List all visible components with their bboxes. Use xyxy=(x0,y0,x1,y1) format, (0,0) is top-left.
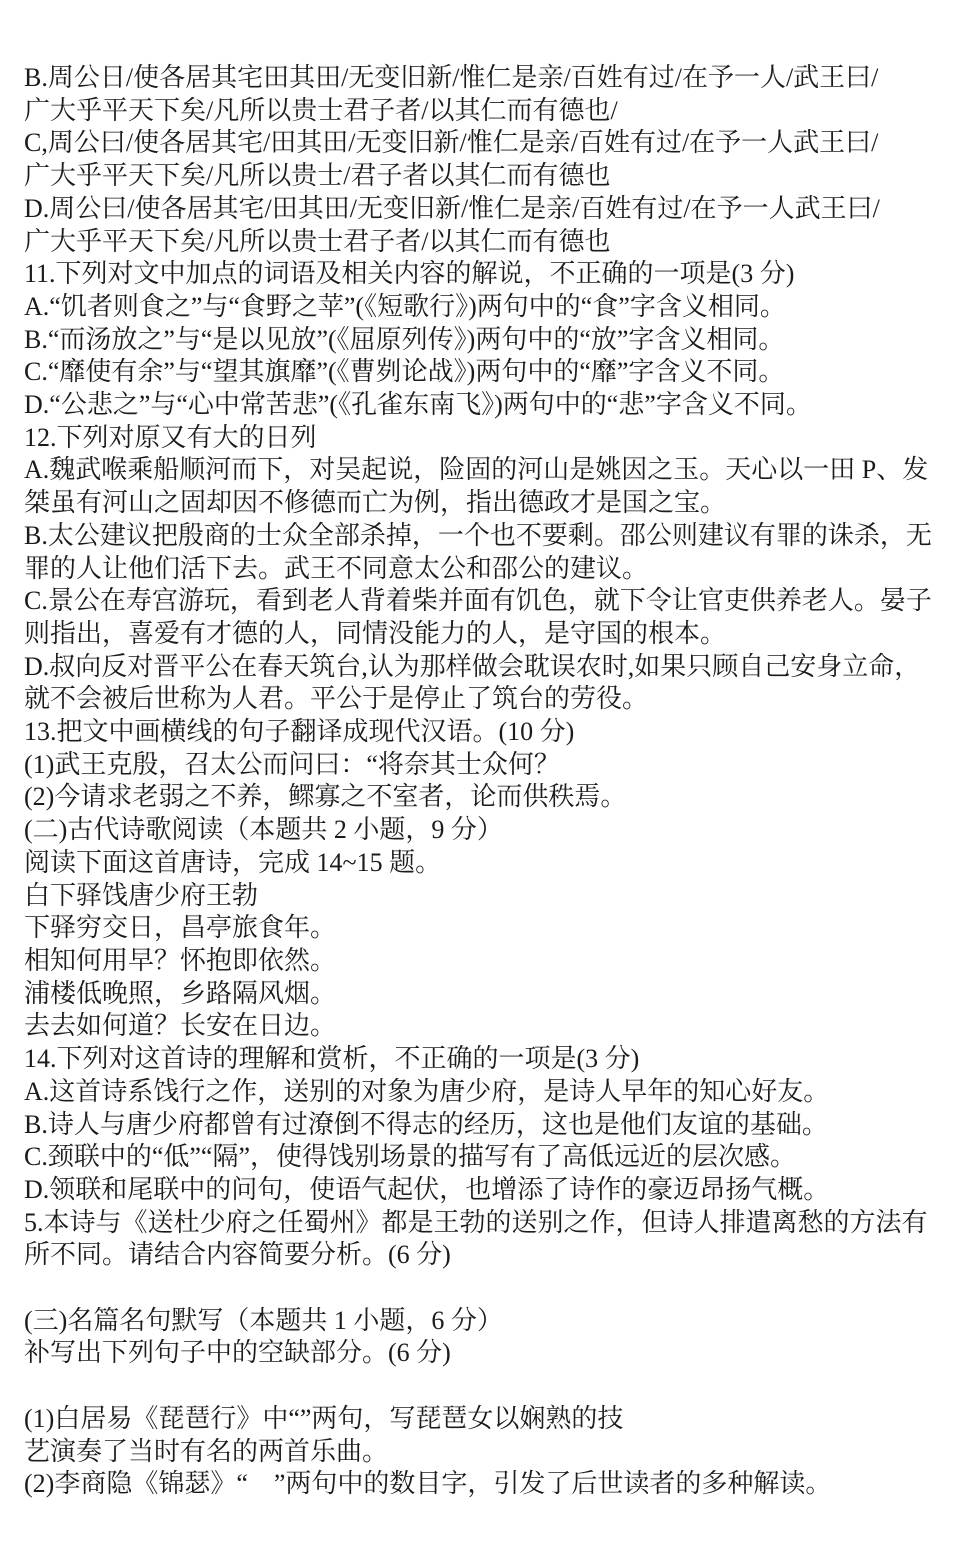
text-line: D.叔向反对晋平公在春天筑台,认为那样做会耽误农时,如果只顾自己安身立命， xyxy=(24,651,942,684)
text-line: D.周公曰/使各居其宅/田其田/无变旧新/惟仁是亲/百姓有过/在予一人武王曰/ xyxy=(24,193,942,226)
text-line: 白下驿饯唐少府王勃 xyxy=(24,880,942,913)
text-line: 艺演奏了当时有名的两首乐曲。 xyxy=(24,1436,942,1469)
text-line: B.“而汤放之”与“是以见放”(《屈原列传》)两句中的“放”字含义相同。 xyxy=(24,324,942,357)
text-line: 5.本诗与《送杜少府之任蜀州》都是王勃的送别之作，但诗人排遣离愁的方法有 xyxy=(24,1207,942,1240)
text-line: C.景公在寿宫游玩，看到老人背着柴并面有饥色，就下令让官吏供养老人。晏子 xyxy=(24,585,942,618)
blank-line xyxy=(24,1272,942,1305)
text-line: 阅读下面这首唐诗，完成 14~15 题。 xyxy=(24,847,942,880)
text-line: B.太公建议把殷商的士众全部杀掉，一个也不要剩。邵公则建议有罪的诛杀，无 xyxy=(24,520,942,553)
blank-line xyxy=(24,1370,942,1403)
text-line: 14.下列对这首诗的理解和赏析，不正确的一项是(3 分) xyxy=(24,1043,942,1076)
text-line: (1)白居易《琵琶行》中“”两句，写琵琶女以娴熟的技 xyxy=(24,1403,942,1436)
text-line: 11.下列对文中加点的词语及相关内容的解说，不正确的一项是(3 分) xyxy=(24,258,942,291)
text-line: 下驿穷交日，昌亭旅食年。 xyxy=(24,912,942,945)
text-line: 广大乎平天下矣/凡所以贵士君子者/以其仁而有德也 xyxy=(24,226,942,259)
text-line: B.诗人与唐少府都曾有过潦倒不得志的经历，这也是他们友谊的基础。 xyxy=(24,1109,942,1142)
text-line: 广大乎平天下矣/凡所以贵士/君子者以其仁而有德也 xyxy=(24,160,942,193)
text-line: 相知何用早？怀抱即依然。 xyxy=(24,945,942,978)
text-line: 广大乎平天下矣/凡所以贵士君子者/以其仁而有德也/ xyxy=(24,95,942,128)
text-line: 13.把文中画横线的句子翻译成现代汉语。(10 分) xyxy=(24,716,942,749)
text-line: 12.下列对原又有大的日列 xyxy=(24,422,942,455)
text-line: D.领联和尾联中的问句，使语气起伏，也增添了诗作的豪迈昂扬气概。 xyxy=(24,1174,942,1207)
text-line: 罪的人让他们活下去。武王不同意太公和邵公的建议。 xyxy=(24,553,942,586)
text-line: 桀虽有河山之固却因不修德而亡为例，指出德政才是国之宝。 xyxy=(24,487,942,520)
text-line: 补写出下列句子中的空缺部分。(6 分) xyxy=(24,1337,942,1370)
text-line: C.颈联中的“低”“隔”，使得饯别场景的描写有了高低远近的层次感。 xyxy=(24,1141,942,1174)
text-line: A.“饥者则食之”与“食野之苹”(《短歌行》)两句中的“食”字含义相同。 xyxy=(24,291,942,324)
text-line: (三)名篇名句默写（本题共 1 小题，6 分） xyxy=(24,1305,942,1338)
text-line: C.“靡使有余”与“望其旗靡”(《曹刿论战》)两句中的“靡”字含义不同。 xyxy=(24,356,942,389)
text-line: A.魏武喉乘船顺河而下，对吴起说，险固的河山是姚因之玉。天心以一田 P、发 xyxy=(24,454,942,487)
text-line: (1)武王克殷，召太公而问曰：“将奈其士众何？ xyxy=(24,749,942,782)
text-line: A.这首诗系饯行之作，送别的对象为唐少府，是诗人早年的知心好友。 xyxy=(24,1076,942,1109)
text-line: 浦楼低晚照，乡路隔风烟。 xyxy=(24,978,942,1011)
document-body: B.周公日/使各居其宅田其田/无变旧新/惟仁是亲/百姓有过/在予一人/武王曰/广… xyxy=(24,62,942,1501)
text-line: 则指出，喜爱有才德的人，同情没能力的人，是守国的根本。 xyxy=(24,618,942,651)
text-line: (2)李商隐《锦瑟》“ ”两句中的数目字，引发了后世读者的多种解读。 xyxy=(24,1468,942,1501)
text-line: 就不会被后世称为人君。平公于是停止了筑台的劳役。 xyxy=(24,683,942,716)
exam-paper-page: B.周公日/使各居其宅田其田/无变旧新/惟仁是亲/百姓有过/在予一人/武王曰/广… xyxy=(0,0,960,1568)
text-line: (2)今请求老弱之不养，鳏寡之不室者，论而供秩焉。 xyxy=(24,781,942,814)
text-line: C,周公曰/使各居其宅/田其田/无变旧新/惟仁是亲/百姓有过/在予一人武王曰/ xyxy=(24,127,942,160)
text-line: 所不同。请结合内容简要分析。(6 分) xyxy=(24,1239,942,1272)
text-line: 去去如何道？长安在日边。 xyxy=(24,1010,942,1043)
text-line: (二)古代诗歌阅读（本题共 2 小题，9 分） xyxy=(24,814,942,847)
text-line: B.周公日/使各居其宅田其田/无变旧新/惟仁是亲/百姓有过/在予一人/武王曰/ xyxy=(24,62,942,95)
text-line: D.“公悲之”与“心中常苦悲”(《孔雀东南飞》)两句中的“悲”字含义不同。 xyxy=(24,389,942,422)
